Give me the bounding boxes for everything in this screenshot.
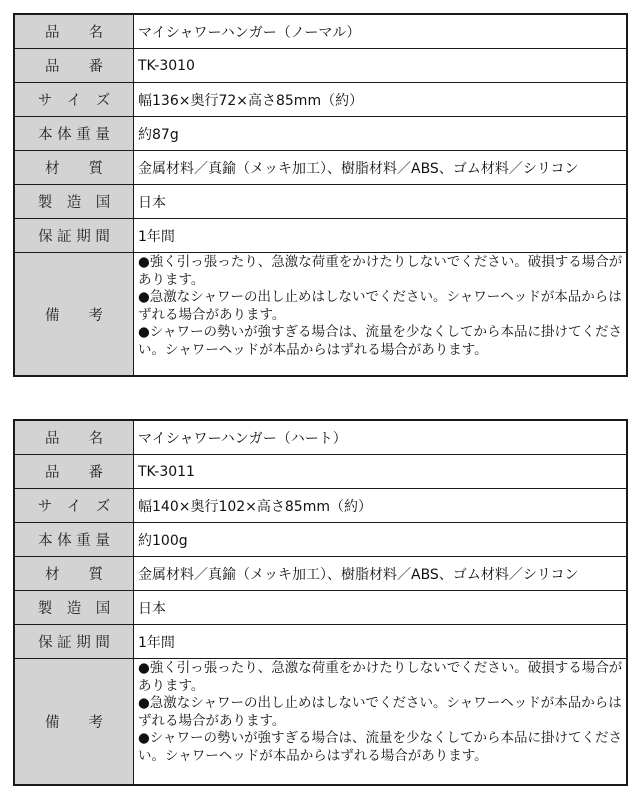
label-warranty: 保 証 期 間 xyxy=(14,219,134,253)
label-text: 保 証 期 間 xyxy=(38,225,110,246)
value-warranty: 1年間 xyxy=(134,219,628,253)
row-material: 材 質 金属材料／真鍮（メッキ加工）、樹脂材料／ABS、ゴム材料／シリコン xyxy=(14,557,627,591)
label-text: 本 体 重 量 xyxy=(38,529,110,550)
label-weight: 本 体 重 量 xyxy=(14,523,134,557)
label-text: 材 質 xyxy=(45,157,103,178)
spec-table-heart: 品 名 マイシャワーハンガー（ハート） 品 番 TK-3011 サ イ ズ 幅1… xyxy=(13,419,628,786)
label-text: 本 体 重 量 xyxy=(38,123,110,144)
label-weight: 本 体 重 量 xyxy=(14,117,134,151)
remark-item: ●シャワーの勢いが強すぎる場合は、流量を少なくしてから本品に掛けてください。シャ… xyxy=(138,730,624,765)
value-material: 金属材料／真鍮（メッキ加工）、樹脂材料／ABS、ゴム材料／シリコン xyxy=(134,557,628,591)
label-text: 保 証 期 間 xyxy=(38,631,110,652)
value-country: 日本 xyxy=(134,591,628,625)
value-product-number: TK-3011 xyxy=(134,455,628,489)
label-country: 製 造 国 xyxy=(14,185,134,219)
value-size: 幅140×奥行102×高さ85mm（約） xyxy=(134,489,628,523)
label-product-name: 品 名 xyxy=(14,14,134,49)
label-material: 材 質 xyxy=(14,557,134,591)
label-text: 品 名 xyxy=(45,21,103,42)
label-remarks: 備 考 xyxy=(14,253,134,377)
row-country: 製 造 国 日本 xyxy=(14,591,627,625)
remark-item: ●シャワーの勢いが強すぎる場合は、流量を少なくしてから本品に掛けてください。シャ… xyxy=(138,324,624,359)
row-warranty: 保 証 期 間 1年間 xyxy=(14,625,627,659)
label-product-name: 品 名 xyxy=(14,420,134,455)
value-product-name: マイシャワーハンガー（ノーマル） xyxy=(134,14,628,49)
remark-item: ●急激なシャワーの出し止めはしないでください。シャワーヘッドが本品からはずれる場… xyxy=(138,695,624,730)
row-size: サ イ ズ 幅140×奥行102×高さ85mm（約） xyxy=(14,489,627,523)
label-text: 製 造 国 xyxy=(38,191,111,212)
label-text: サ イ ズ xyxy=(38,89,111,110)
spec-table-normal: 品 名 マイシャワーハンガー（ノーマル） 品 番 TK-3010 サ イ ズ 幅… xyxy=(13,13,628,377)
row-warranty: 保 証 期 間 1年間 xyxy=(14,219,627,253)
remark-item: ●強く引っ張ったり、急激な荷重をかけたりしないでください。破損する場合があります… xyxy=(138,254,624,289)
label-material: 材 質 xyxy=(14,151,134,185)
value-size: 幅136×奥行72×高さ85mm（約） xyxy=(134,83,628,117)
row-product-name: 品 名 マイシャワーハンガー（ノーマル） xyxy=(14,14,627,49)
label-country: 製 造 国 xyxy=(14,591,134,625)
label-text: 品 名 xyxy=(45,427,103,448)
row-weight: 本 体 重 量 約87g xyxy=(14,117,627,151)
row-country: 製 造 国 日本 xyxy=(14,185,627,219)
label-text: 製 造 国 xyxy=(38,597,111,618)
value-remarks: ●強く引っ張ったり、急激な荷重をかけたりしないでください。破損する場合があります… xyxy=(134,659,628,786)
row-product-number: 品 番 TK-3011 xyxy=(14,455,627,489)
value-warranty: 1年間 xyxy=(134,625,628,659)
row-product-name: 品 名 マイシャワーハンガー（ハート） xyxy=(14,420,627,455)
label-text: 材 質 xyxy=(45,563,103,584)
label-text: サ イ ズ xyxy=(38,495,111,516)
value-material: 金属材料／真鍮（メッキ加工）、樹脂材料／ABS、ゴム材料／シリコン xyxy=(134,151,628,185)
label-remarks: 備 考 xyxy=(14,659,134,786)
row-remarks: 備 考 ●強く引っ張ったり、急激な荷重をかけたりしないでください。破損する場合が… xyxy=(14,253,627,377)
value-country: 日本 xyxy=(134,185,628,219)
value-product-name: マイシャワーハンガー（ハート） xyxy=(134,420,628,455)
label-text: 品 番 xyxy=(45,55,103,76)
label-text: 品 番 xyxy=(45,461,103,482)
remark-item: ●強く引っ張ったり、急激な荷重をかけたりしないでください。破損する場合があります… xyxy=(138,660,624,695)
label-product-number: 品 番 xyxy=(14,49,134,83)
value-weight: 約87g xyxy=(134,117,628,151)
row-weight: 本 体 重 量 約100g xyxy=(14,523,627,557)
value-weight: 約100g xyxy=(134,523,628,557)
row-remarks: 備 考 ●強く引っ張ったり、急激な荷重をかけたりしないでください。破損する場合が… xyxy=(14,659,627,786)
label-size: サ イ ズ xyxy=(14,83,134,117)
label-text: 備 考 xyxy=(45,304,103,325)
label-product-number: 品 番 xyxy=(14,455,134,489)
label-warranty: 保 証 期 間 xyxy=(14,625,134,659)
row-size: サ イ ズ 幅136×奥行72×高さ85mm（約） xyxy=(14,83,627,117)
value-remarks: ●強く引っ張ったり、急激な荷重をかけたりしないでください。破損する場合があります… xyxy=(134,253,628,377)
row-material: 材 質 金属材料／真鍮（メッキ加工）、樹脂材料／ABS、ゴム材料／シリコン xyxy=(14,151,627,185)
remark-item: ●急激なシャワーの出し止めはしないでください。シャワーヘッドが本品からはずれる場… xyxy=(138,289,624,324)
label-text: 備 考 xyxy=(45,711,103,732)
row-product-number: 品 番 TK-3010 xyxy=(14,49,627,83)
label-size: サ イ ズ xyxy=(14,489,134,523)
value-product-number: TK-3010 xyxy=(134,49,628,83)
